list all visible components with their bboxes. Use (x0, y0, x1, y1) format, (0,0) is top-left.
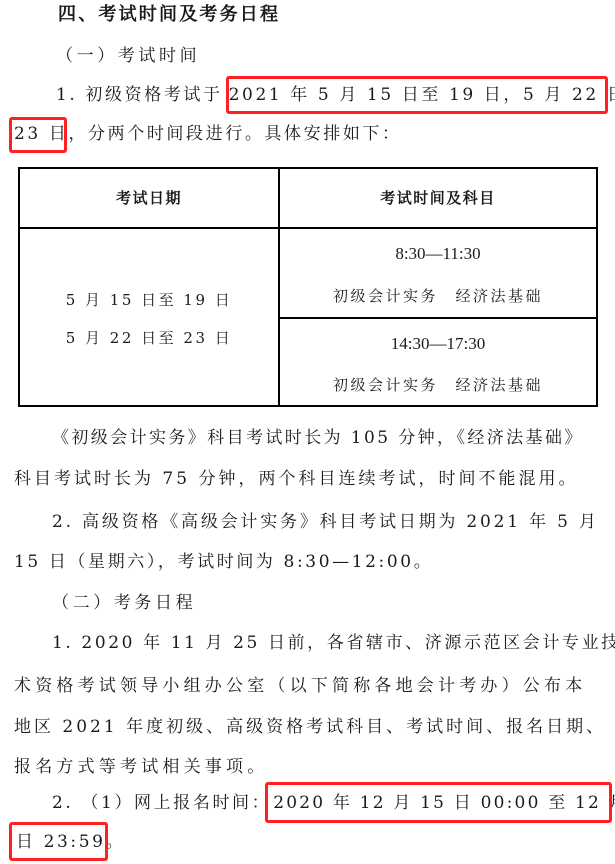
exam-item1-highlight-b: 23 日 (14, 124, 68, 144)
exam-note-line2: 科目考试时长为 75 分钟，两个科目连续考试，时间不能混用。 (14, 468, 578, 490)
exam-schedule-table: 考试日期 考试时间及科目 5 月 15 日至 19 日 5 月 22 日至 23… (18, 167, 598, 407)
exam-item1-line2: 23 日，分两个时间段进行。具体安排如下： (14, 123, 402, 145)
exam-item1-prefix: 1. 初级资格考试于 (56, 85, 223, 105)
table-cell-session1-time: 8:30—11:30 (278, 244, 598, 264)
table-cell-session2-subjects: 初级会计实务 经济法基础 (278, 374, 598, 395)
table-divider-header (20, 227, 596, 229)
schedule-item2-line2: 日 23:59。 (16, 831, 125, 853)
table-cell-date-1: 5 月 15 日至 19 日 (20, 289, 278, 310)
exam-item2-line1: 2. 高级资格《高级会计实务》科目考试日期为 2021 年 5 月 (52, 511, 599, 533)
exam-item1-suffix: ，分两个时间段进行。具体安排如下： (68, 124, 401, 144)
table-header-date: 考试日期 (20, 187, 278, 208)
exam-note-line1: 《初级会计实务》科目考试时长为 105 分钟，《经济法基础》 (52, 427, 584, 449)
table-header-time-subject: 考试时间及科目 (278, 187, 598, 208)
table-cell-date-2: 5 月 22 日至 23 日 (20, 327, 278, 348)
table-cell-session1-subjects: 初级会计实务 经济法基础 (278, 285, 598, 306)
subheading-exam-time: （一）考试时间 (56, 45, 200, 67)
exam-item1-highlight-a: 2021 年 5 月 15 日至 19 日，5 月 22 日至 (229, 85, 615, 105)
exam-item1-line1: 1. 初级资格考试于2021 年 5 月 15 日至 19 日，5 月 22 日… (56, 84, 615, 106)
schedule-item2-highlight-a: 2020 年 12 月 15 日 00:00 至 12 月 24 (273, 793, 615, 813)
schedule-item2-prefix: 2. （1）网上报名时间： (52, 793, 271, 813)
schedule-item1-line3: 地区 2021 年度初级、高级资格考试科目、考试时间、报名日期、 (14, 716, 606, 738)
schedule-item2-line1: 2. （1）网上报名时间：2020 年 12 月 15 日 00:00 至 12… (52, 792, 615, 814)
schedule-item1-line4: 报名方式等考试相关事项。 (14, 756, 268, 778)
subheading-schedule: （二）考务日程 (52, 592, 196, 614)
exam-item2-line2: 15 日（星期六），考试时间为 8:30—12:00。 (14, 551, 433, 573)
section-heading: 四、考试时间及考务日程 (58, 3, 280, 27)
schedule-item1-line1: 1. 2020 年 11 月 25 日前，各省辖市、济源示范区会计专业技 (52, 632, 615, 654)
schedule-item1-line2: 术资格考试领导小组办公室（以下简称各地会计考办）公布本 (14, 675, 586, 697)
table-divider-session (278, 317, 596, 319)
table-cell-session2-time: 14:30—17:30 (278, 334, 598, 354)
